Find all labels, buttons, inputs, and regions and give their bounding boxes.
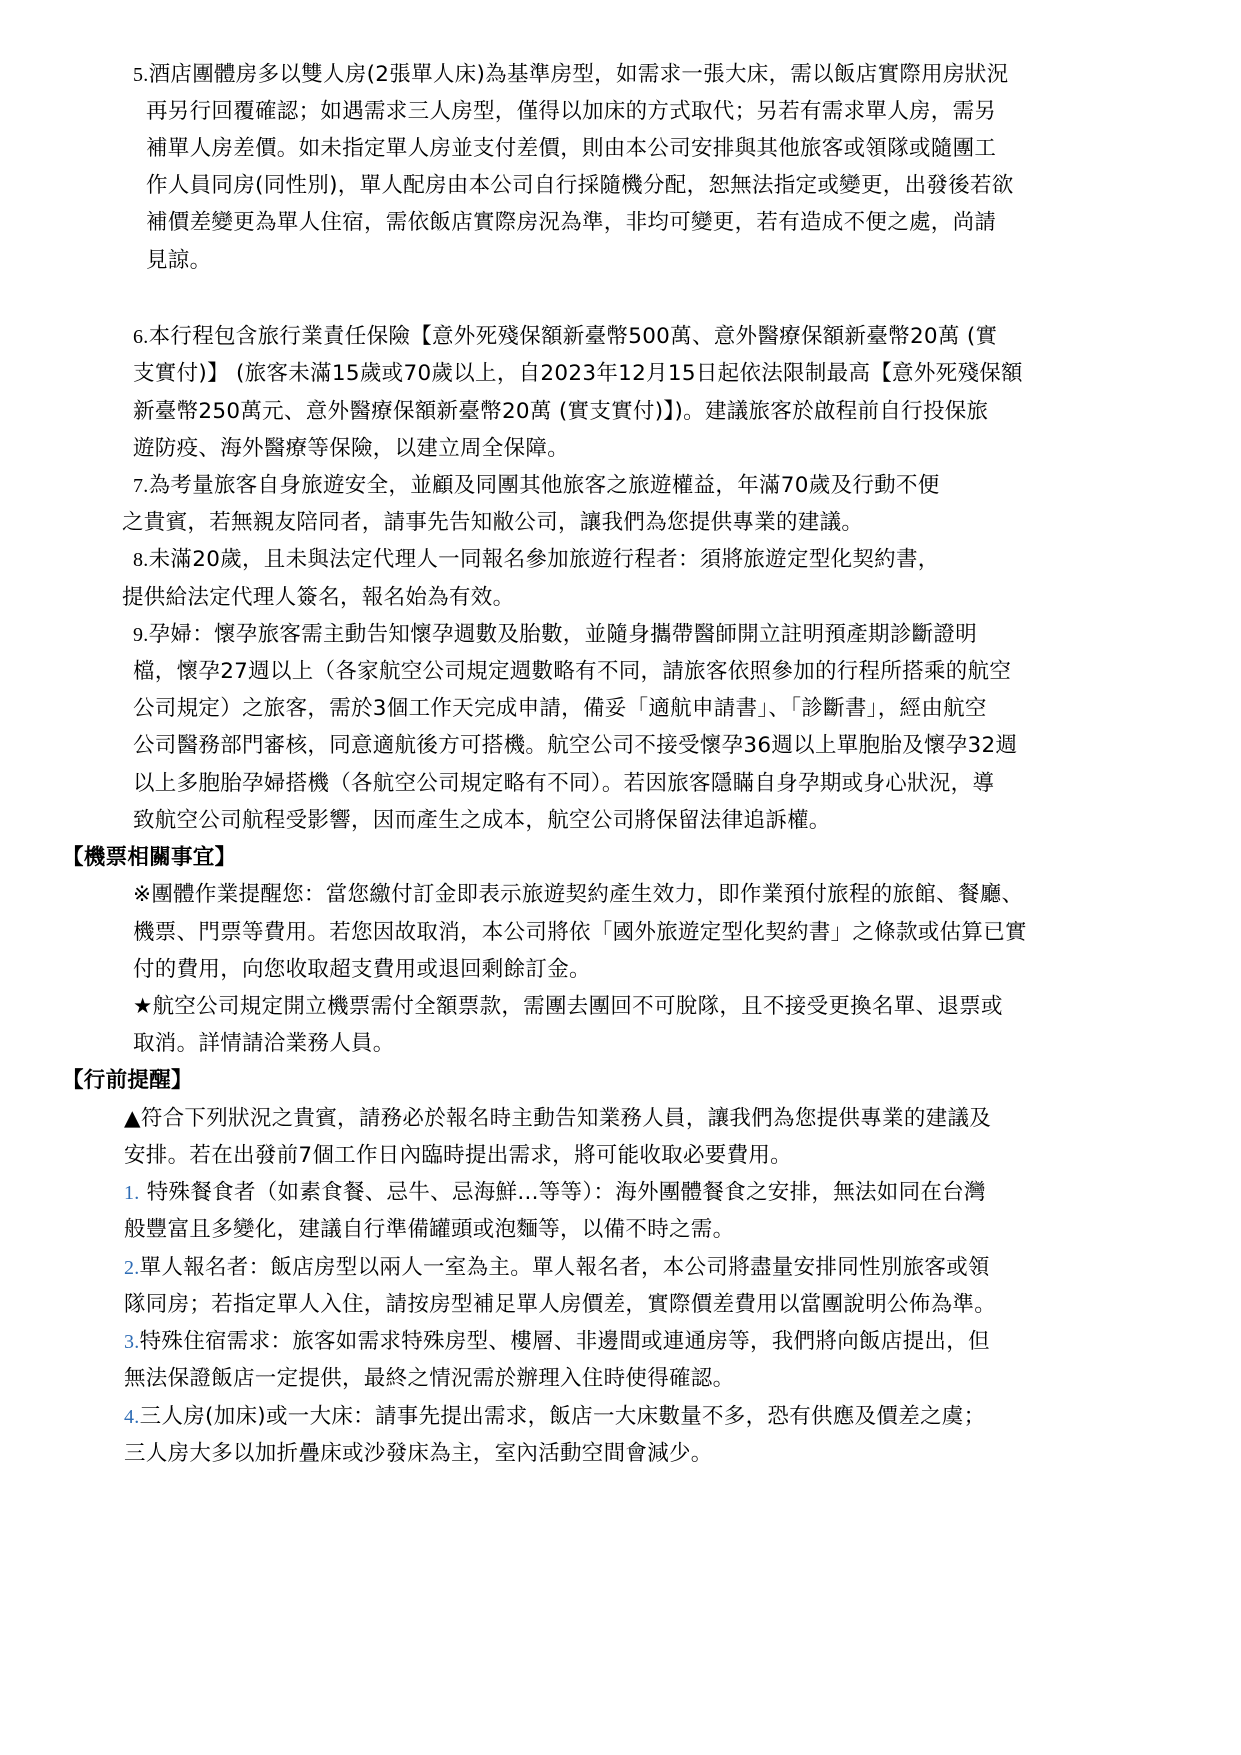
item-5-number: 5.: [133, 64, 149, 86]
item-5-line-6: 見諒。: [146, 246, 211, 276]
reminder-item-1-line-1: 1. 特殊餐食者（如素食餐、忌牛、忌海鮮...等等）：海外團體餐食之安排，無法如…: [124, 1178, 986, 1208]
reminder-item-2-line-1: 2.單人報名者：飯店房型以兩人一室為主。單人報名者，本公司將盡量安排同性別旅客或…: [124, 1253, 990, 1283]
item-8-line-2: 提供給法定代理人簽名，報名始為有效。: [122, 583, 514, 613]
item-9-line-4: 公司醫務部門審核，同意適航後方可搭機。航空公司不接受懷孕36週以上單胞胎及懷孕3…: [133, 731, 1017, 761]
item-6-number: 6.: [133, 326, 149, 348]
item-5-line-1: 5.酒店團體房多以雙人房(2張單人床)為基準房型，如需求一張大床，需以飯店實際用…: [133, 60, 1008, 90]
item-9-line-6: 致航空公司航程受影響，因而產生之成本，航空公司將保留法律追訴權。: [133, 806, 831, 836]
item-9-line-1: 9.孕婦：懷孕旅客需主動告知懷孕週數及胎數，並隨身攜帶醫師開立註明預產期診斷證明: [133, 620, 977, 650]
item-5-line-2: 再另行回覆確認；如遇需求三人房型，僅得以加床的方式取代；另若有需求單人房，需另: [146, 97, 996, 127]
reminder-item-2-number: 2.: [124, 1257, 140, 1279]
item-6-line-1: 6.本行程包含旅行業責任保險【意外死殘保額新臺幣500萬、意外醫療保額新臺幣20…: [133, 322, 997, 352]
reminder-item-1-line-2: 般豐富且多變化，建議自行準備罐頭或泡麵等，以備不時之需。: [124, 1215, 734, 1245]
item-5-line-5: 補價差變更為單人住宿，需依飯店實際房況為準，非均可變更，若有造成不便之處，尚請: [146, 208, 996, 238]
reminder-item-4-line-1: 4.三人房(加床)或一大床：請事先提出需求，飯店一大床數量不多，恐有供應及價差之…: [124, 1402, 985, 1432]
reminder-item-3-line-2: 無法保證飯店一定提供，最終之情況需於辦理入住時使得確認。: [124, 1364, 734, 1394]
item-9-line-3: 公司規定）之旅客，需於3個工作天完成申請，備妥「適航申請書」、「診斷書」，經由航…: [133, 694, 987, 724]
item-9-number: 9.: [133, 624, 149, 646]
reminder-section-heading: 【行前提醒】: [62, 1066, 193, 1096]
item-9-line-5: 以上多胞胎孕婦搭機（各航空公司規定略有不同）。若因旅客隱瞞自身孕期或身心狀況，導: [133, 769, 994, 799]
ticket-para-1-line-1: ※團體作業提醒您：當您繳付訂金即表示旅遊契約產生效力，即作業預付旅程的旅館、餐廳…: [133, 880, 1023, 910]
ticket-para-2-line-2: 取消。詳情請洽業務人員。: [133, 1029, 395, 1059]
reminder-item-3-number: 3.: [124, 1331, 140, 1353]
item-5-line-3: 補單人房差價。如未指定單人房並支付差價，則由本公司安排與其他旅客或領隊或隨團工: [146, 134, 996, 164]
item-6-line-3: 新臺幣250萬元、意外醫療保額新臺幣20萬 (實支實付)】)。建議旅客於啟程前自…: [133, 397, 988, 427]
reminder-item-1-number: 1.: [124, 1182, 140, 1204]
reminder-item-3-line-1: 3.特殊住宿需求：旅客如需求特殊房型、樓層、非邊間或連通房等，我們將向飯店提出，…: [124, 1327, 990, 1357]
ticket-para-1-line-2: 機票、門票等費用。若您因故取消，本公司將依「國外旅遊定型化契約書」之條款或估算已…: [133, 918, 1027, 948]
item-7-line-2: 之貴賓，若無親友陪同者，請事先告知敝公司，讓我們為您提供專業的建議。: [122, 508, 863, 538]
item-8-number: 8.: [133, 549, 149, 571]
ticket-section-heading: 【機票相關事宜】: [62, 843, 236, 873]
ticket-para-2-line-1: ★航空公司規定開立機票需付全額票款，需團去團回不可脫隊，且不接受更換名單、退票或: [133, 992, 1003, 1022]
item-9-line-2: 檔，懷孕27週以上（各家航空公司規定週數略有不同，請旅客依照參加的行程所搭乘的航…: [133, 657, 1011, 687]
ticket-para-1-line-3: 付的費用，向您收取超支費用或退回剩餘訂金。: [133, 955, 591, 985]
item-7-number: 7.: [133, 475, 149, 497]
item-7-line-1: 7.為考量旅客自身旅遊安全，並顧及同團其他旅客之旅遊權益，年滿70歲及行動不便: [133, 471, 940, 501]
reminder-item-4-line-2: 三人房大多以加折疊床或沙發床為主，室內活動空間會減少。: [124, 1439, 713, 1469]
item-5-line-4: 作人員同房(同性別)，單人配房由本公司自行採隨機分配，恕無法指定或變更，出發後若…: [146, 171, 1014, 201]
reminder-intro-line-1: ▲符合下列狀況之貴賓，請務必於報名時主動告知業務人員，讓我們為您提供專業的建議及: [124, 1104, 991, 1134]
reminder-item-4-number: 4.: [124, 1406, 140, 1428]
reminder-intro-line-2: 安排。若在出發前7個工作日內臨時提出需求，將可能收取必要費用。: [124, 1141, 792, 1171]
item-6-line-2: 支實付)】 (旅客未滿15歲或70歲以上，自2023年12月15日起依法限制最高…: [133, 359, 1023, 389]
item-6-line-4: 遊防疫、海外醫療等保險，以建立周全保障。: [133, 434, 569, 464]
reminder-item-2-line-2: 隊同房；若指定單人入住，請按房型補足單人房價差，實際價差費用以當團說明公佈為準。: [124, 1290, 996, 1320]
item-8-line-1: 8.未滿20歲，且未與法定代理人一同報名參加旅遊行程者：須將旅遊定型化契約書，: [133, 545, 940, 575]
